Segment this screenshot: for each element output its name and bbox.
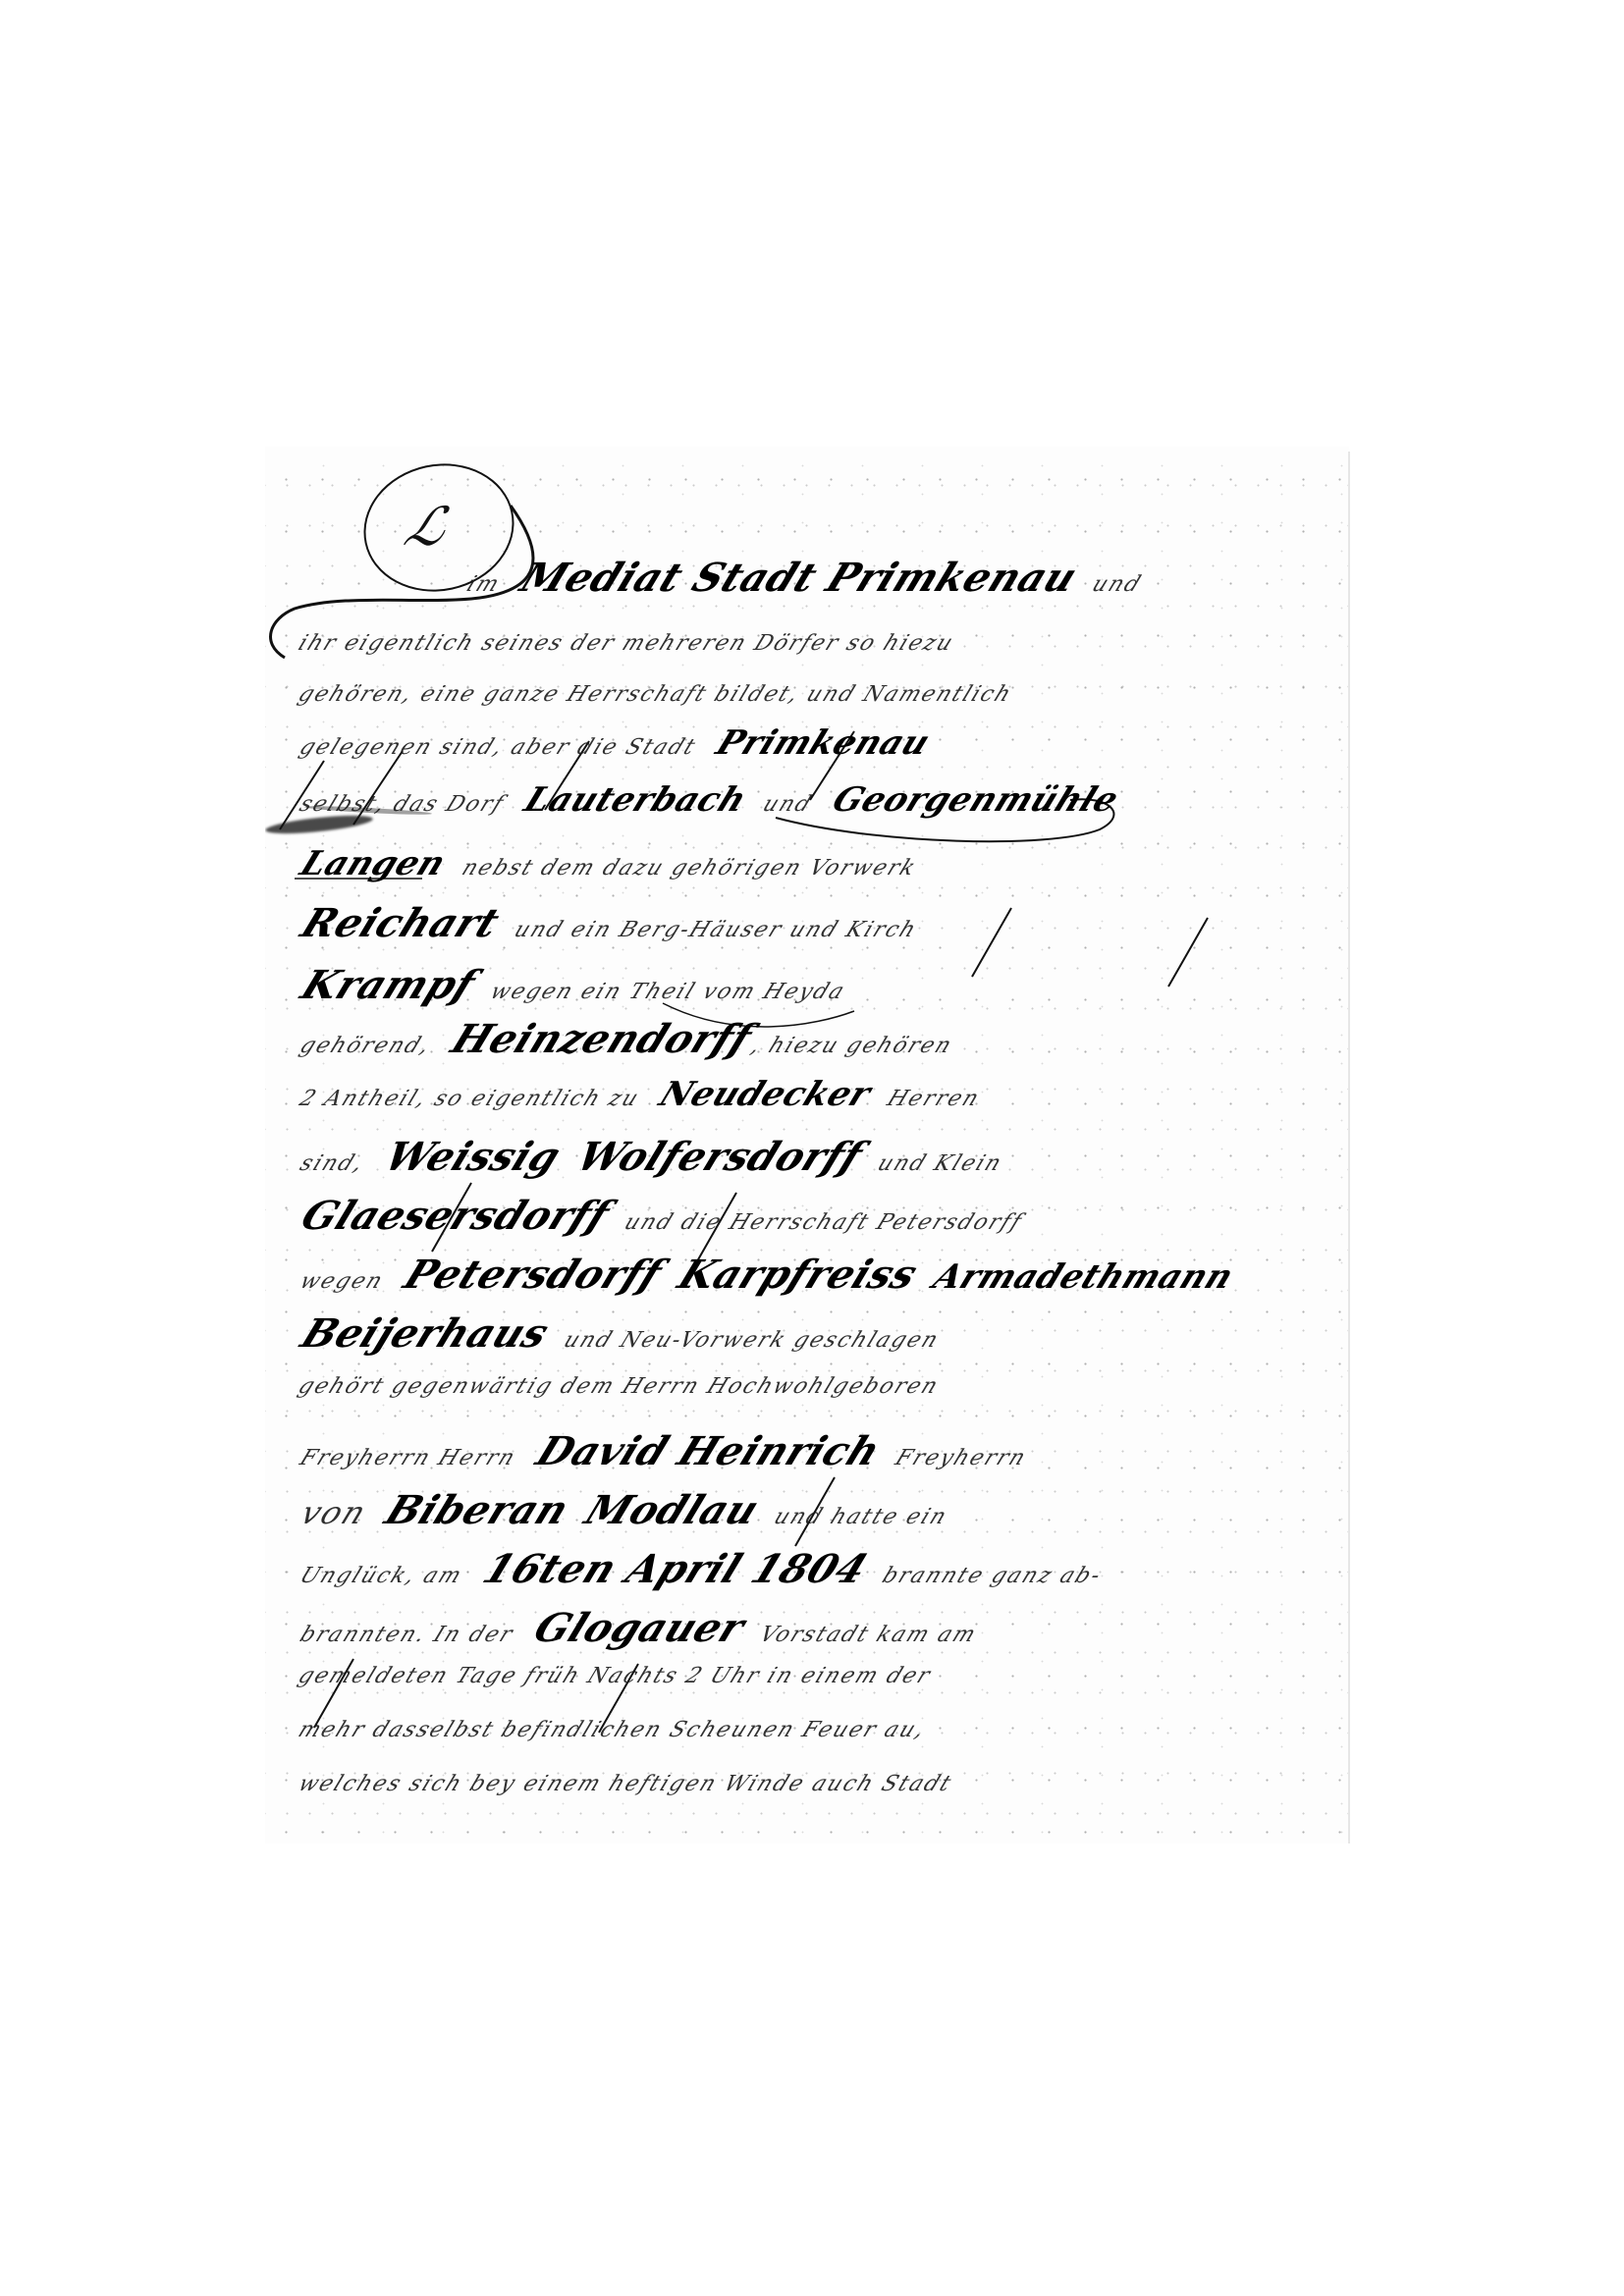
- manuscript-line-16: Freyherrn Herrn David Heinrich Freyherrn: [295, 1428, 1038, 1474]
- place-name: Armadethmann: [928, 1257, 1240, 1297]
- page-background: ℒ: [0, 0, 1624, 2296]
- person-name: David Heinrich: [530, 1428, 888, 1474]
- place-name: Glaesersdorff: [295, 1193, 617, 1239]
- manuscript-line-7: Reichart und ein Berg-Häuser und Kirch: [295, 900, 928, 946]
- manuscript-line-19: brannten. In der Glogauer Vorstadt kam a…: [295, 1605, 988, 1651]
- place-name: Modlau: [578, 1487, 766, 1533]
- place-name: Reichart: [295, 900, 507, 946]
- place-name: Wolfersdorff: [570, 1134, 870, 1180]
- scan-edge: [1348, 452, 1350, 1843]
- manuscript-line-3: gehören, eine ganze Herrschaft bildet, u…: [295, 682, 1016, 707]
- place-name: Neudecker: [654, 1075, 877, 1114]
- manuscript-line-13: wegen Petersdorff Karpfreiss Armadethman…: [295, 1252, 1242, 1298]
- manuscript-line-21: mehr dasselbst befindlichen Scheunen Feu…: [295, 1718, 930, 1742]
- manuscript-line-18: Unglück, am 16ten April 1804 brannte gan…: [295, 1546, 1113, 1592]
- place-name: Heinzendorff: [445, 1016, 759, 1062]
- date-text: 16ten April 1804: [476, 1546, 874, 1592]
- place-name: Petersdorff: [398, 1252, 670, 1298]
- manuscript-line-8: Krampf wegen ein Theil vom Heyda: [295, 962, 856, 1008]
- place-name: Langen: [295, 844, 452, 883]
- manuscript-line-2: ihr eigentlich seines der mehreren Dörfe…: [295, 631, 958, 656]
- place-name: Primkenau: [711, 723, 937, 763]
- scanned-manuscript: ℒ: [265, 447, 1349, 1843]
- place-name: Weissig: [378, 1134, 568, 1180]
- manuscript-line-11: sind, Weissig Wolfersdorff und Klein: [295, 1134, 1013, 1180]
- manuscript-line-9: gehörend, Heinzendorff , hiezu gehören: [295, 1016, 964, 1062]
- person-name: Biberan: [379, 1487, 576, 1533]
- manuscript-line-5: selbst, das Dorf Lauterbach und Georgenm…: [295, 780, 1124, 820]
- place-name: Mediat Stadt Primkenau: [514, 555, 1085, 601]
- place-name: Glogauer: [527, 1605, 752, 1651]
- manuscript-line-22: welches sich bey einem heftigen Winde au…: [295, 1772, 956, 1796]
- manuscript-line-15: gehört gegenwärtig dem Herrn Hochwohlgeb…: [295, 1374, 943, 1399]
- manuscript-line-20: gemeldeten Tage früh Nachts 2 Uhr in ein…: [295, 1664, 936, 1688]
- manuscript-line-14: Beijerhaus und Neu-Vorwerk geschlagen: [295, 1310, 950, 1357]
- manuscript-line-1: im Mediat Stadt Primkenau und: [461, 555, 1153, 601]
- place-name: Karpfreiss: [672, 1252, 925, 1298]
- manuscript-line-4: gelegenen sind, aber die Stadt Primkenau: [295, 723, 936, 763]
- place-name: Lauterbach: [518, 780, 752, 820]
- manuscript-line-17: von Biberan Modlau und hatte ein: [295, 1487, 958, 1533]
- place-name: Krampf: [295, 962, 482, 1008]
- manuscript-line-6: Langen nebst dem dazu gehörigen Vorwerk: [295, 844, 926, 883]
- manuscript-line-12: Glaesersdorff und die Herrschaft Petersd…: [295, 1193, 1034, 1239]
- place-name: Georgenmühle: [827, 780, 1125, 820]
- manuscript-line-10: 2 Antheil, so eigentlich zu Neudecker He…: [295, 1075, 989, 1114]
- place-name: Beijerhaus: [295, 1310, 556, 1357]
